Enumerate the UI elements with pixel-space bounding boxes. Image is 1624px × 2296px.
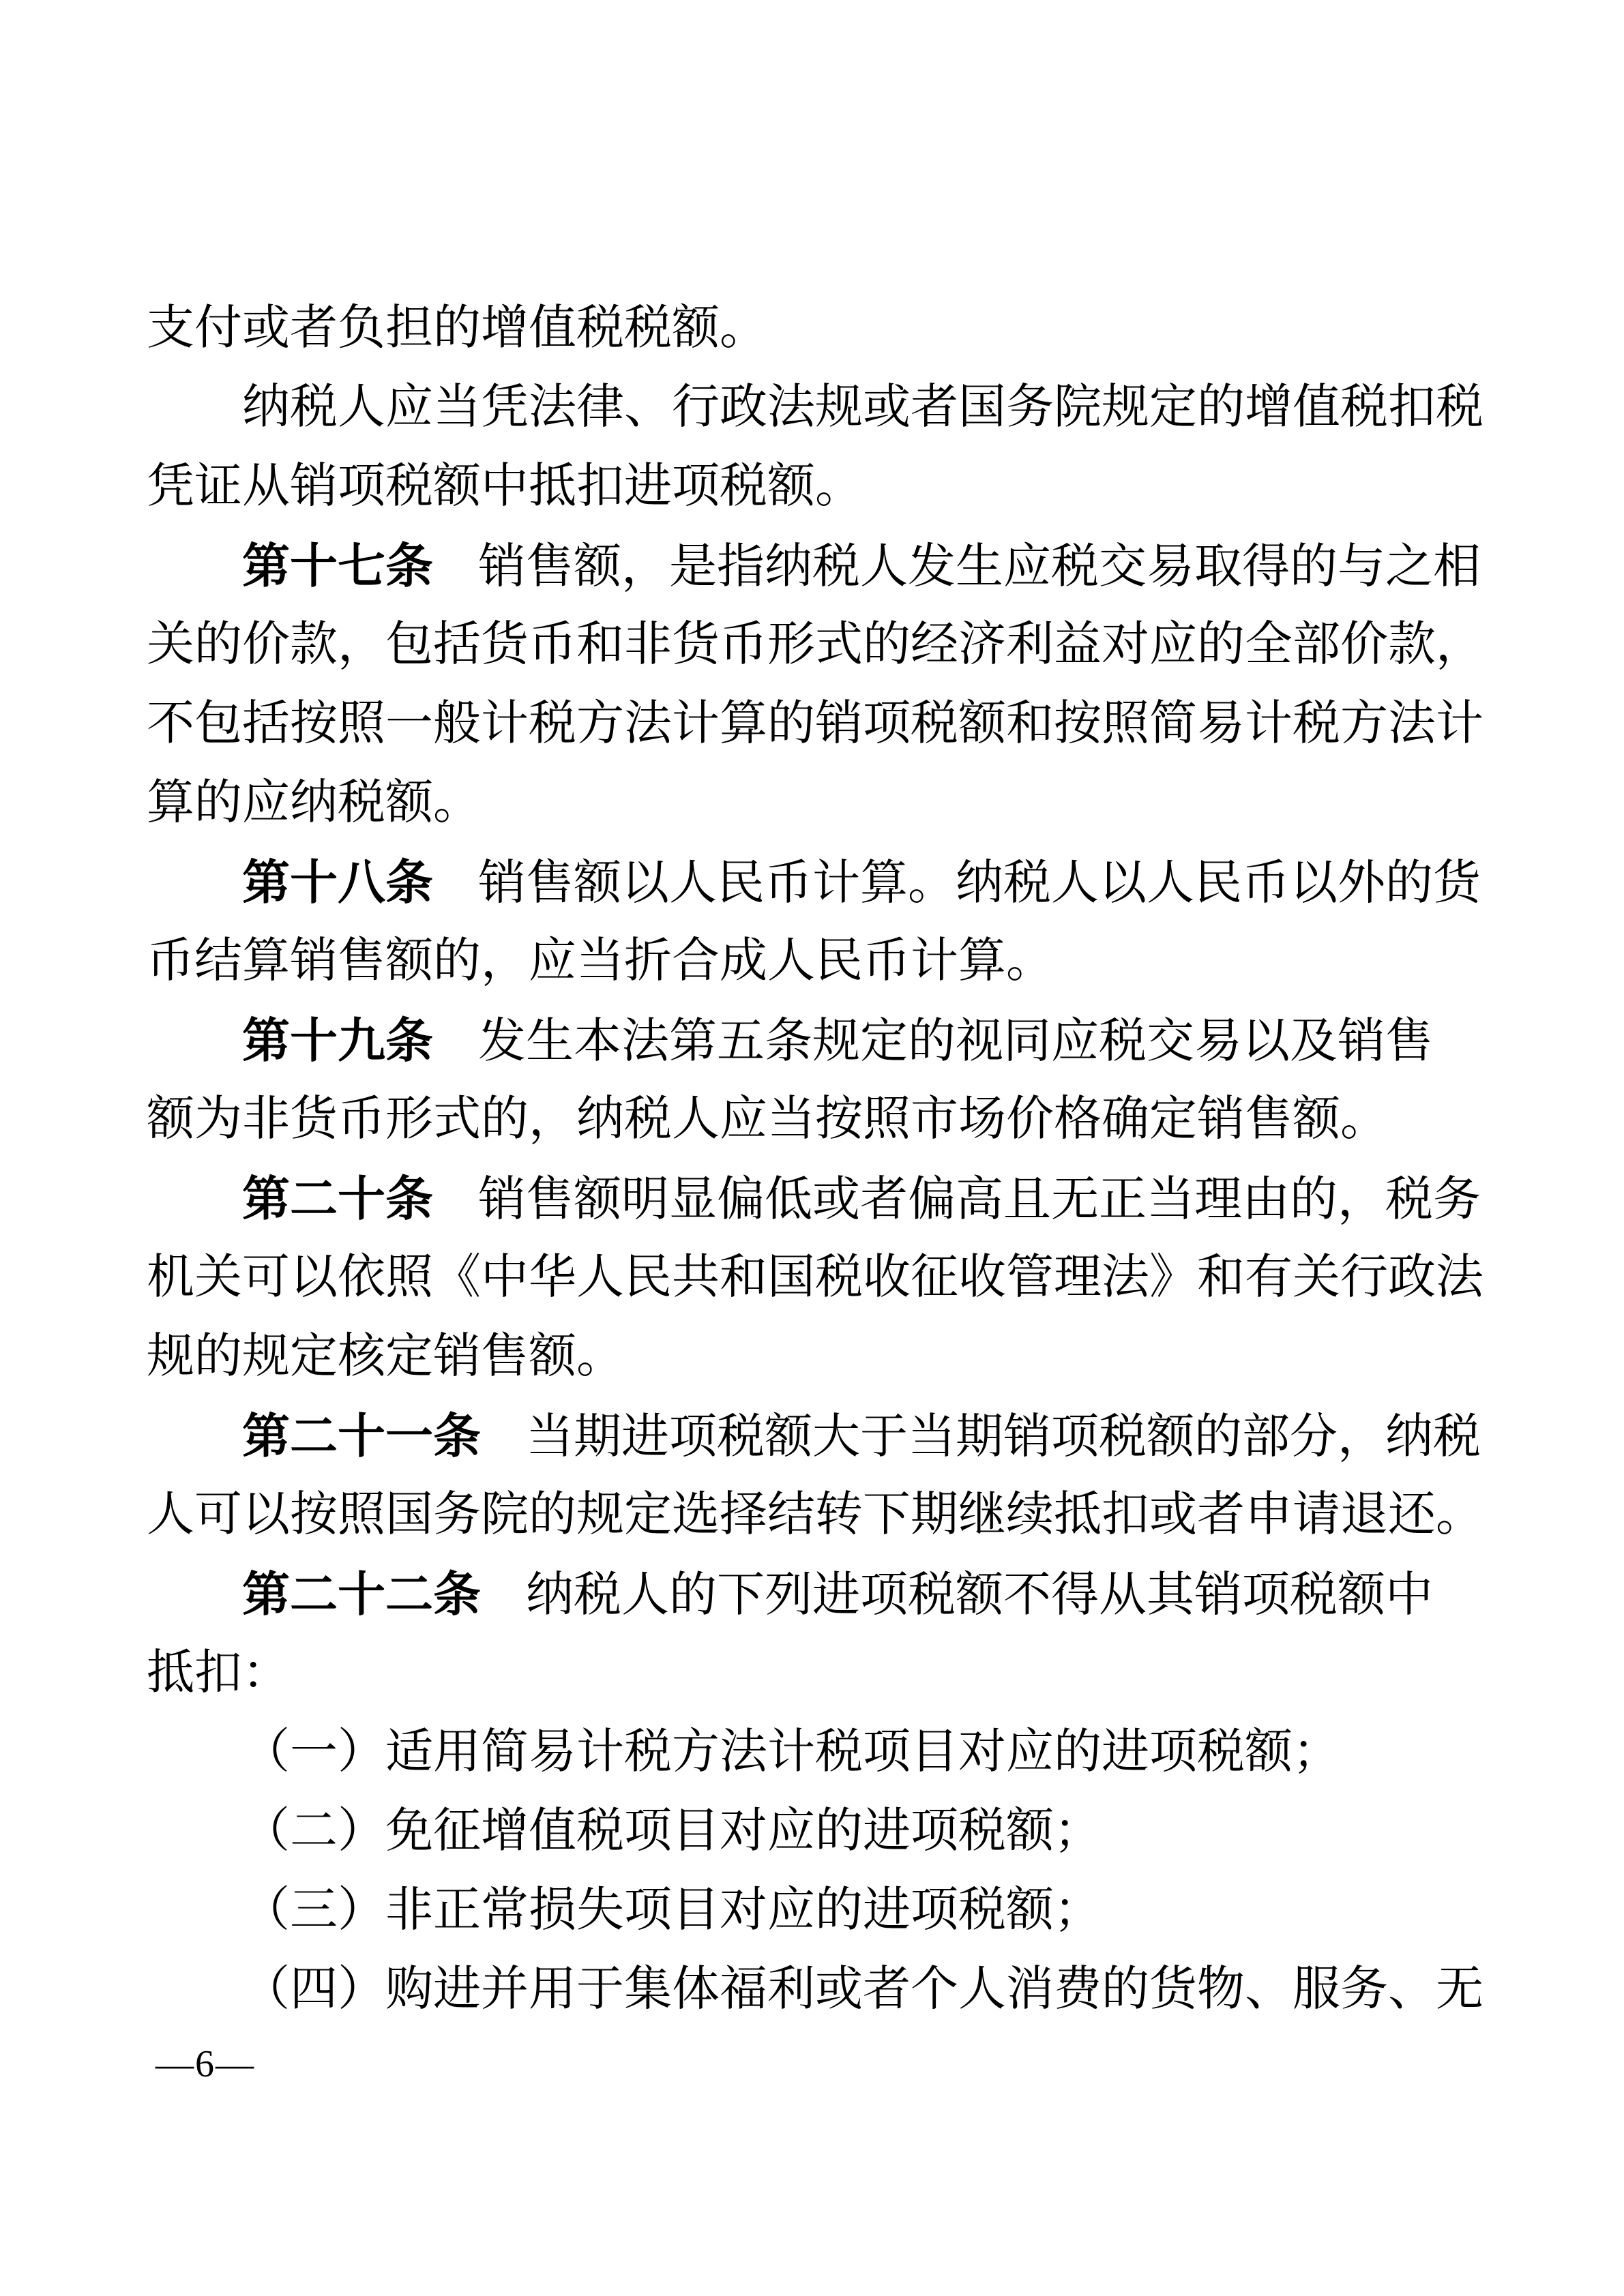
line-text: 凭证从销项税额中抵扣进项税额。 bbox=[147, 460, 863, 513]
text-line: 人可以按照国务院的规定选择结转下期继续抵扣或者申请退还。 bbox=[147, 1476, 1504, 1555]
line-text: （二）免征增值税项目对应的进项税额； bbox=[242, 1805, 1102, 1858]
text-line: （二）免征增值税项目对应的进项税额； bbox=[147, 1792, 1504, 1871]
text-line: 第二十条销售额明显偏低或者偏高且无正当理由的，税务 bbox=[147, 1159, 1504, 1238]
line-text: （四）购进并用于集体福利或者个人消费的货物、服务、无 bbox=[242, 1963, 1483, 2016]
line-text: 规的规定核定销售额。 bbox=[147, 1330, 624, 1383]
text-line: （一）适用简易计税方法计税项目对应的进项税额； bbox=[147, 1713, 1504, 1792]
line-text: 人可以按照国务院的规定选择结转下期继续抵扣或者申请退还。 bbox=[147, 1489, 1483, 1541]
line-text: 销售额，是指纳税人发生应税交易取得的与之相 bbox=[478, 541, 1481, 593]
page-number: —6— bbox=[156, 2042, 255, 2086]
line-text: 额为非货币形式的，纳税人应当按照市场价格确定销售额。 bbox=[147, 1093, 1388, 1146]
article-number: 第十九条 bbox=[242, 1014, 433, 1067]
text-line: 凭证从销项税额中抵扣进项税额。 bbox=[147, 447, 1504, 526]
line-text: 销售额明显偏低或者偏高且无正当理由的，税务 bbox=[478, 1174, 1481, 1226]
text-line: 纳税人应当凭法律、行政法规或者国务院规定的增值税扣税 bbox=[147, 368, 1504, 447]
line-text: 抵扣： bbox=[147, 1647, 290, 1699]
text-line: 第十八条销售额以人民币计算。纳税人以人民币以外的货 bbox=[147, 843, 1504, 922]
line-text: 算的应纳税额。 bbox=[147, 777, 481, 829]
text-line: 币结算销售额的，应当折合成人民币计算。 bbox=[147, 922, 1504, 1001]
line-text: 关的价款，包括货币和非货币形式的经济利益对应的全部价款， bbox=[147, 618, 1483, 671]
text-line: 第二十二条纳税人的下列进项税额不得从其销项税额中 bbox=[147, 1555, 1504, 1634]
line-text: 销售额以人民币计算。纳税人以人民币以外的货 bbox=[478, 857, 1481, 910]
line-text: 纳税人应当凭法律、行政法规或者国务院规定的增值税扣税 bbox=[242, 381, 1483, 434]
line-text: 纳税人的下列进项税额不得从其销项税额中 bbox=[526, 1569, 1433, 1622]
article-number: 第二十条 bbox=[242, 1172, 433, 1225]
text-line: 第十七条销售额，是指纳税人发生应税交易取得的与之相 bbox=[147, 526, 1504, 606]
text-line: 额为非货币形式的，纳税人应当按照市场价格确定销售额。 bbox=[147, 1080, 1504, 1159]
article-number: 第十八条 bbox=[242, 856, 433, 909]
text-line: 机关可以依照《中华人民共和国税收征收管理法》和有关行政法 bbox=[147, 1238, 1504, 1317]
line-text: 币结算销售额的，应当折合成人民币计算。 bbox=[147, 935, 1054, 987]
line-text: （一）适用简易计税方法计税项目对应的进项税额； bbox=[242, 1726, 1340, 1778]
text-line: 第十九条发生本法第五条规定的视同应税交易以及销售 bbox=[147, 1001, 1504, 1080]
text-line: （三）非正常损失项目对应的进项税额； bbox=[147, 1871, 1504, 1950]
document-body: 支付或者负担的增值税税额。纳税人应当凭法律、行政法规或者国务院规定的增值税扣税凭… bbox=[147, 289, 1504, 2029]
article-number: 第二十一条 bbox=[242, 1410, 481, 1463]
article-number: 第十七条 bbox=[242, 539, 433, 593]
text-line: 支付或者负担的增值税税额。 bbox=[147, 289, 1504, 368]
line-text: 支付或者负担的增值税税额。 bbox=[147, 302, 767, 355]
line-text: 不包括按照一般计税方法计算的销项税额和按照简易计税方法计 bbox=[147, 698, 1483, 750]
line-text: 发生本法第五条规定的视同应税交易以及销售 bbox=[478, 1015, 1433, 1068]
text-line: 抵扣： bbox=[147, 1634, 1504, 1713]
document-page: 支付或者负担的增值税税额。纳税人应当凭法律、行政法规或者国务院规定的增值税扣税凭… bbox=[0, 0, 1624, 2296]
text-line: 关的价款，包括货币和非货币形式的经济利益对应的全部价款， bbox=[147, 606, 1504, 685]
line-text: 当期进项税额大于当期销项税额的部分，纳税 bbox=[526, 1411, 1481, 1463]
text-line: 规的规定核定销售额。 bbox=[147, 1317, 1504, 1397]
text-line: （四）购进并用于集体福利或者个人消费的货物、服务、无 bbox=[147, 1950, 1504, 2029]
text-line: 不包括按照一般计税方法计算的销项税额和按照简易计税方法计 bbox=[147, 685, 1504, 764]
line-text: （三）非正常损失项目对应的进项税额； bbox=[242, 1884, 1102, 1937]
text-line: 算的应纳税额。 bbox=[147, 764, 1504, 843]
line-text: 机关可以依照《中华人民共和国税收征收管理法》和有关行政法 bbox=[147, 1251, 1483, 1304]
article-number: 第二十二条 bbox=[242, 1568, 481, 1621]
text-line: 第二十一条当期进项税额大于当期销项税额的部分，纳税 bbox=[147, 1397, 1504, 1476]
